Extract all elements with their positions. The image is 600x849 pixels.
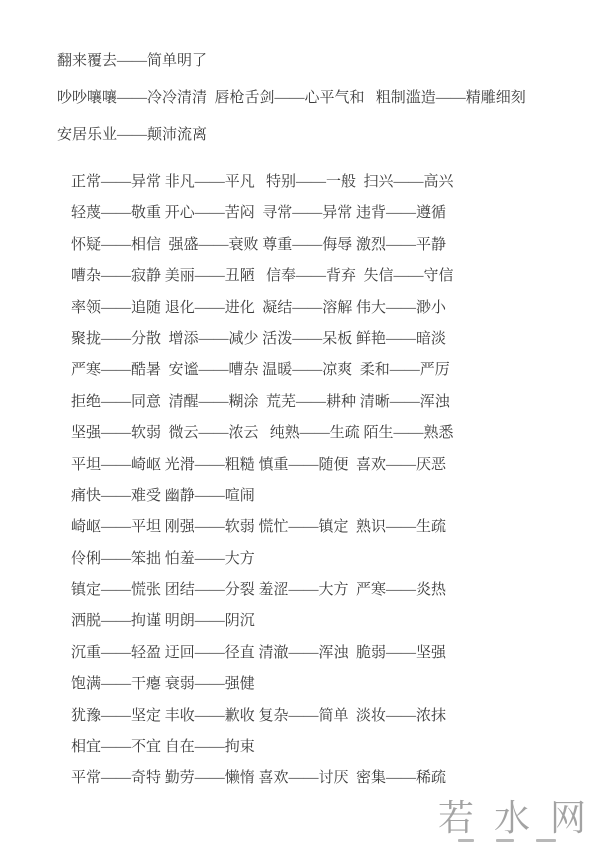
antonym-line: 怀疑——相信 强盛——衰败 尊重——侮辱 激烈——平静 [71,237,600,253]
header-section: 翻来覆去——简单明了 吵吵嚷嚷——冷冷清清 唇枪舌剑——心平气和 粗制滥造——精… [0,0,600,143]
idiom-antonym-line: 安居乐业——颠沛流离 [57,127,600,143]
antonym-list: 正常——异常 非凡——平凡 特别——一般 扫兴——高兴 轻蔑——敬重 开心——苦… [0,164,600,786]
watermark-subtext-bar [458,839,474,842]
antonym-line: 轻蔑——敬重 开心——苦闷 寻常——异常 违背——遵循 [71,205,600,221]
idiom-antonym-line: 翻来覆去——简单明了 [57,53,600,69]
idiom-antonym-line: 吵吵嚷嚷——冷冷清清 唇枪舌剑——心平气和 粗制滥造——精雕细刻 [57,90,600,106]
antonym-line: 沉重——轻盈 迂回——径直 清澈——浑浊 脆弱——坚强 [71,645,600,661]
antonym-line: 犹豫——坚定 丰收——歉收 复杂——简单 淡妆——浓抹 [71,708,600,724]
watermark-subtext-bar [496,839,514,842]
antonym-line: 平坦——崎岖 光滑——粗糙 慎重——随便 喜欢——厌恶 [71,457,600,473]
antonym-line: 镇定——慌张 团结——分裂 羞涩——大方 严寒——炎热 [71,582,600,598]
watermark: 若水网 [438,799,586,843]
antonym-line: 聚拢——分散 增添——减少 活泼——呆板 鲜艳——暗淡 [71,331,600,347]
antonym-line: 相宜——不宜 自在——拘束 [71,739,600,755]
antonym-line: 崎岖——平坦 刚强——软弱 慌忙——镇定 熟识——生疏 [71,519,600,535]
watermark-subtext-bar [536,839,556,842]
antonym-line: 伶俐——笨拙 怕羞——大方 [71,551,600,567]
antonym-line: 正常——异常 非凡——平凡 特别——一般 扫兴——高兴 [71,174,600,190]
watermark-logo: 若水网 [438,799,600,837]
antonym-line: 嘈杂——寂静 美丽——丑陋 信奉——背弃 失信——守信 [71,268,600,284]
watermark-subtext-bars [438,839,586,843]
antonym-line: 率领——追随 退化——进化 凝结——溶解 伟大——渺小 [71,300,600,316]
antonym-line: 拒绝——同意 清醒——糊涂 荒芜——耕种 清晰——浑浊 [71,394,600,410]
antonym-line: 洒脱——拘谨 明朗——阴沉 [71,613,600,629]
antonym-line: 痛快——难受 幽静——喧闹 [71,488,600,504]
antonym-line: 严寒——酷暑 安谧——嘈杂 温暖——凉爽 柔和——严厉 [71,362,600,378]
worksheet-page: 翻来覆去——简单明了 吵吵嚷嚷——冷冷清清 唇枪舌剑——心平气和 粗制滥造——精… [0,0,600,849]
antonym-line: 平常——奇特 勤劳——懒惰 喜欢——讨厌 密集——稀疏 [71,770,600,786]
antonym-line: 坚强——软弱 微云——浓云 纯熟——生疏 陌生——熟悉 [71,425,600,441]
antonym-line: 饱满——干瘪 衰弱——强健 [71,676,600,692]
